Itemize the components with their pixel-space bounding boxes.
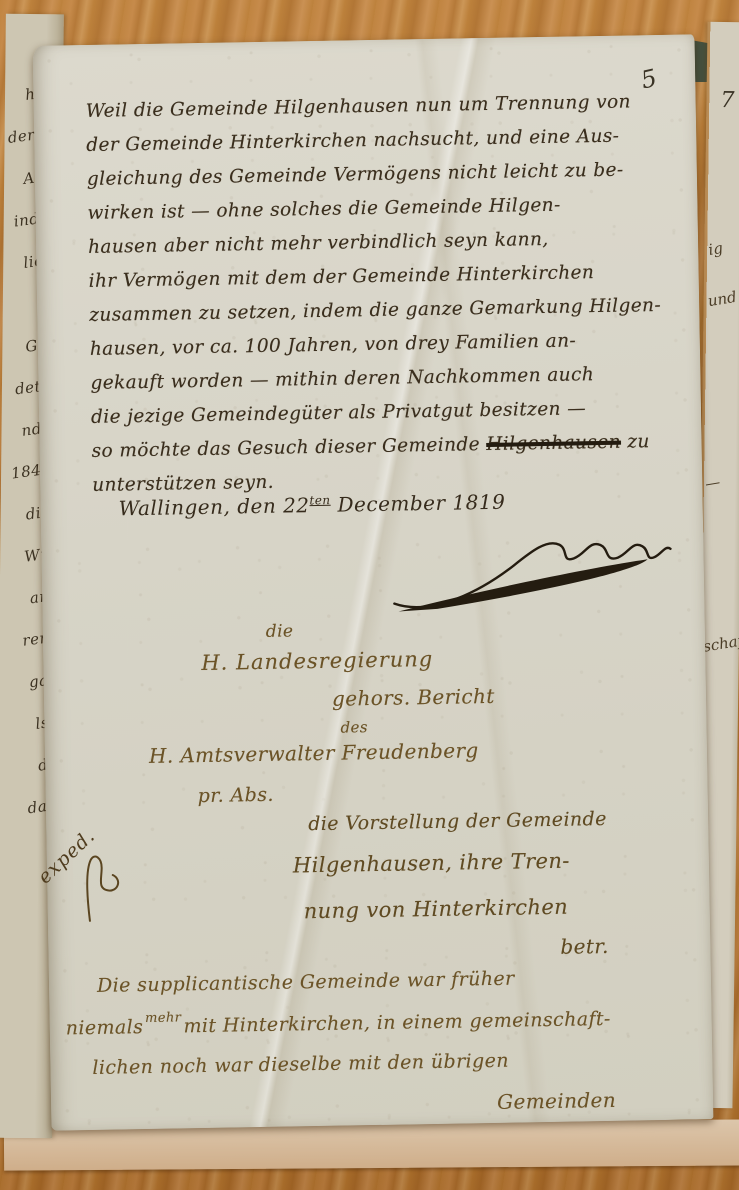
place-and-day: Wallingen, den 22 <box>118 493 309 520</box>
subject-betr: betr. <box>560 934 609 959</box>
text-fragment: und <box>706 288 737 310</box>
postscript-line: Die supplicantische Gemeinde war früher <box>97 968 515 997</box>
text-fragment: schaft <box>702 631 739 656</box>
subject-line: Hilgenhausen, ihre Tren- <box>293 849 570 878</box>
struck-out-word: Hilgenhausen <box>486 432 621 455</box>
text-fragment: ig <box>707 239 724 259</box>
signature-heavy-swash <box>398 559 649 611</box>
manuscript-page: 5 Weil die Gemeinde Hilgenhausen nun um … <box>33 34 714 1130</box>
postscript-line: lichen noch war dieselbe mit den übrigen <box>92 1050 509 1079</box>
text-segment: zu <box>621 431 650 452</box>
archival-photo: hen deren Art. inde, lich n Ge- det.- nd… <box>0 0 739 1190</box>
text-segment: so möchte das Gesuch dieser Gemeinde <box>91 434 486 462</box>
month-year: December 1819 <box>330 490 505 517</box>
subject-line: die Vorstellung der Gemeinde <box>308 808 607 835</box>
address-abbreviation: pr. Abs. <box>198 784 274 807</box>
address-report-type: gehors. Bericht <box>332 684 495 711</box>
signature-flourish <box>381 517 683 622</box>
inserted-word: mehr <box>145 1010 181 1026</box>
text-segment: mit Hinterkirchen, in einem gemeinschaft… <box>183 1008 611 1037</box>
address-connector: des <box>340 718 368 736</box>
address-recipient: H. Landesregierung <box>201 647 433 675</box>
ordinal-suffix: ten <box>309 493 330 507</box>
text-segment: niemals <box>66 1016 144 1039</box>
page-number-next: 7 <box>720 88 734 113</box>
address-sender: H. Amtsverwalter Freudenberg <box>149 738 479 768</box>
postscript-line-with-insertion: niemalsmehrmit Hinterkirchen, in einem g… <box>66 1008 611 1040</box>
margin-note-exped: exped. <box>34 790 197 952</box>
address-salutation: die <box>266 621 294 641</box>
text-fragment: — <box>704 473 722 493</box>
letter-body: Weil die Gemeinde Hilgenhausen nun um Tr… <box>85 85 677 503</box>
catchword: Gemeinden <box>497 1088 616 1114</box>
subject-line: nung von Hinterkirchen <box>304 895 569 924</box>
